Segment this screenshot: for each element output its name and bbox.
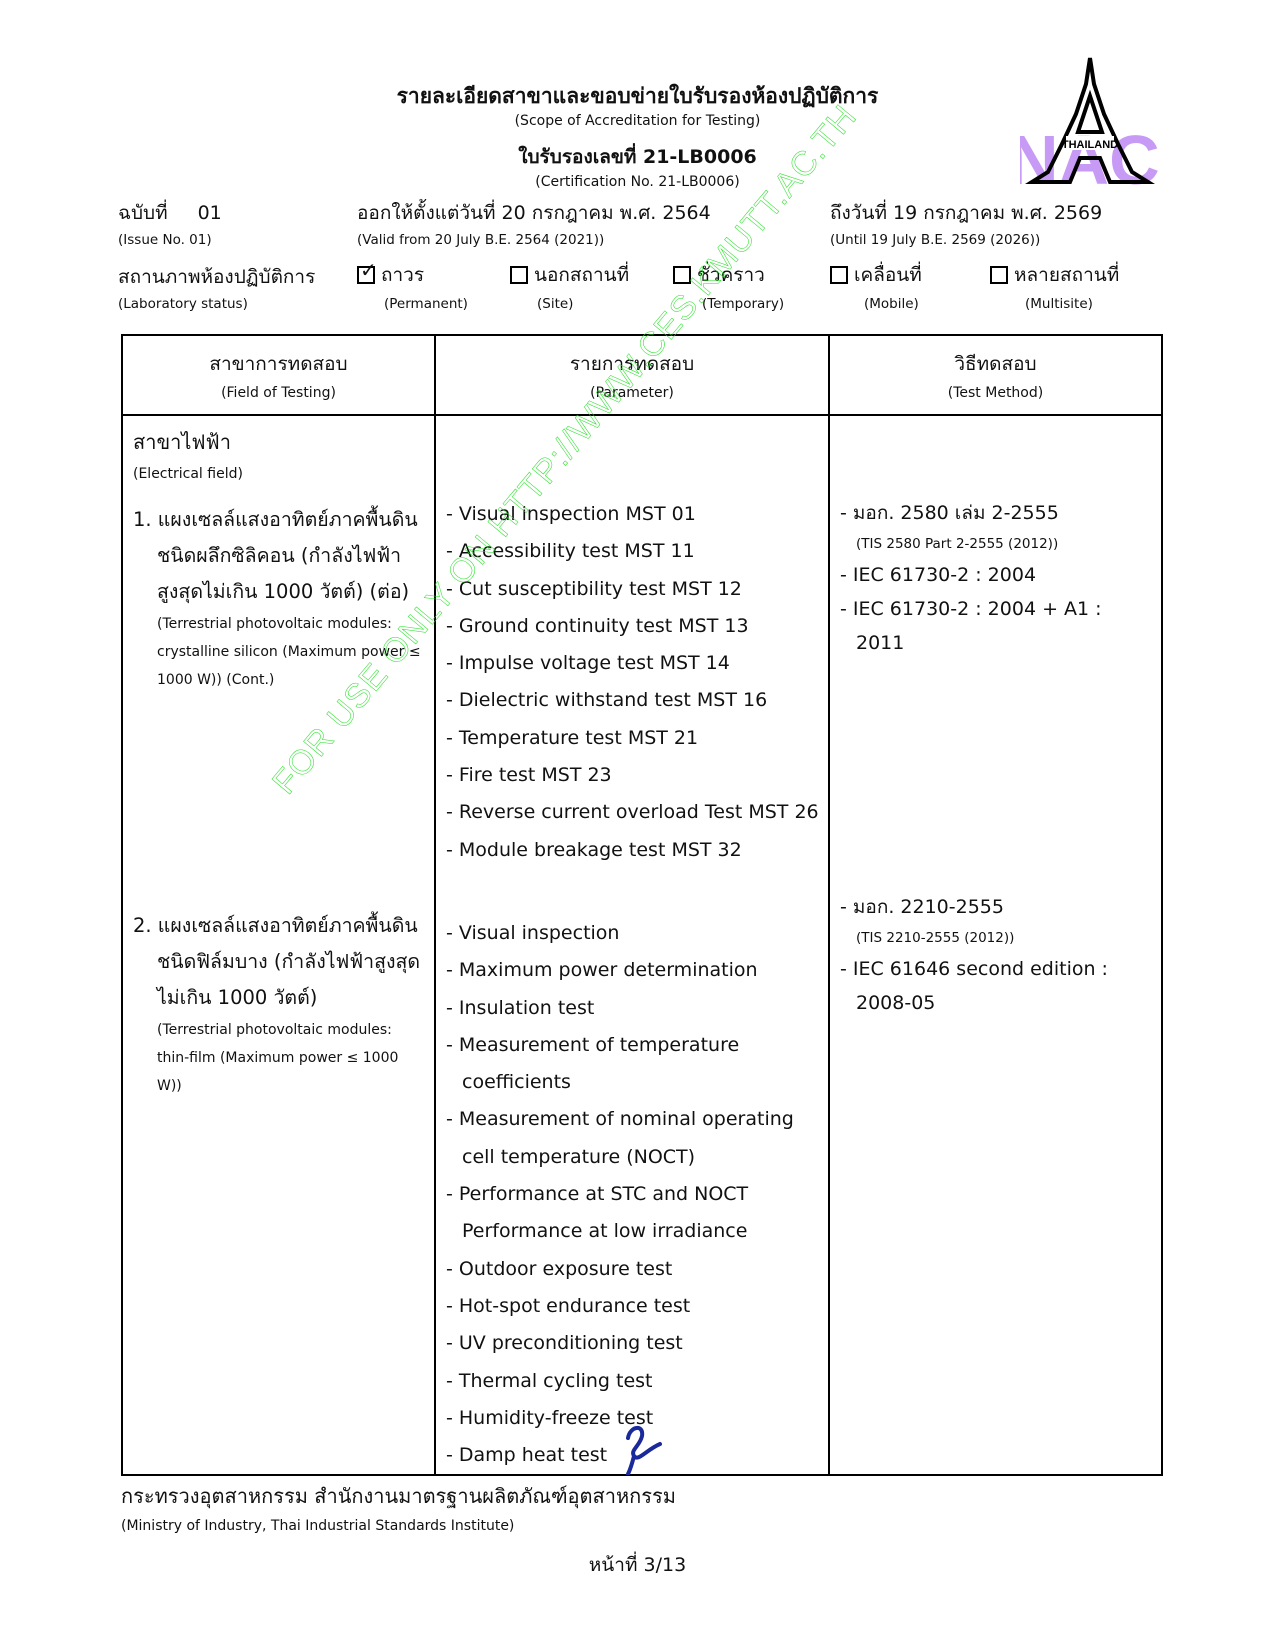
issue-label-en: (Issue No. 01) (118, 232, 212, 248)
method-item-en: (TIS 2210-2555 (2012)) (840, 924, 1155, 952)
group-2-parameters: - Visual inspection- Maximum power deter… (446, 915, 822, 1474)
group-1-title-en: (Terrestrial photovoltaic modules: cryst… (133, 610, 424, 694)
parameter-item: - Outdoor exposure test (446, 1251, 822, 1288)
parameter-item: - Ground continuity test MST 13 (446, 608, 822, 645)
parameter-item: - Impulse voltage test MST 14 (446, 645, 822, 682)
group-2-title-en: (Terrestrial photovoltaic modules: thin-… (133, 1016, 424, 1100)
status-mobile[interactable]: เคลื่อนที่ (830, 260, 922, 290)
parameter-item: - UV preconditioning test (446, 1325, 822, 1362)
method-item-en: (TIS 2580 Part 2-2555 (2012)) (840, 530, 1155, 558)
status-permanent[interactable]: ✓ถาวร (357, 260, 424, 290)
field-name: สาขาไฟฟ้า (133, 426, 424, 458)
column-header-field: สาขาการทดสอบ (Field of Testing) (122, 335, 435, 415)
table-header-row: สาขาการทดสอบ (Field of Testing) รายการทด… (122, 335, 1162, 415)
parameter-cell: - Visual inspection MST 01- Accessibilit… (435, 415, 829, 1475)
parameter-item: - Cut susceptibility test MST 12 (446, 571, 822, 608)
parameter-item: - Fire test MST 23 (446, 757, 822, 794)
column-header-parameter: รายการทดสอบ (Parameter) (435, 335, 829, 415)
page-number: หน้าที่ 3/13 (0, 1550, 1275, 1580)
scope-table: สาขาการทดสอบ (Field of Testing) รายการทด… (121, 334, 1163, 1476)
parameter-item: - Temperature test MST 21 (446, 720, 822, 757)
valid-from: ออกให้ตั้งแต่วันที่ 20 กรกฎาคม พ.ศ. 2564 (357, 198, 711, 228)
issue-label: ฉบับที่01 (118, 198, 222, 228)
valid-until: ถึงวันที่ 19 กรกฎาคม พ.ศ. 2569 (830, 198, 1102, 228)
checkbox-icon[interactable] (830, 266, 848, 284)
parameter-item: - Dielectric withstand test MST 16 (446, 682, 822, 719)
group-1-methods: - มอก. 2580 เล่ม 2-2555(TIS 2580 Part 2-… (840, 496, 1155, 660)
status-temporary-en: (Temporary) (702, 296, 784, 312)
parameter-item: - Accessibility test MST 11 (446, 533, 822, 570)
group-2-title: 2. แผงเซลล์แสงอาทิตย์ภาคพื้นดิน ชนิดฟิล์… (133, 908, 424, 1016)
checkbox-icon[interactable] (990, 266, 1008, 284)
checkbox-checked-icon[interactable]: ✓ (357, 266, 375, 284)
status-multisite-en: (Multisite) (1025, 296, 1093, 312)
lab-status-label: สถานภาพห้องปฏิบัติการ (118, 262, 315, 292)
method-item: - IEC 61730-2 : 2004 (840, 558, 1155, 592)
field-cell: สาขาไฟฟ้า (Electrical field) 1. แผงเซลล์… (122, 415, 435, 1475)
parameter-item: - Insulation test (446, 990, 822, 1027)
table-row: สาขาไฟฟ้า (Electrical field) 1. แผงเซลล์… (122, 415, 1162, 1475)
parameter-item: - Measurement of temperature coefficient… (446, 1027, 822, 1102)
status-temporary[interactable]: ชั่วคราว (673, 260, 765, 290)
status-multisite[interactable]: หลายสถานที่ (990, 260, 1119, 290)
signature-icon (620, 1420, 670, 1475)
nac-thailand-logo-icon: NAC THAILAND (1020, 54, 1160, 189)
footer-organization: กระทรวงอุตสาหกรรม สำนักงานมาตรฐานผลิตภัณ… (121, 1480, 676, 1512)
method-cell: - มอก. 2580 เล่ม 2-2555(TIS 2580 Part 2-… (829, 415, 1162, 1475)
status-permanent-en: (Permanent) (384, 296, 468, 312)
valid-until-en: (Until 19 July B.E. 2569 (2026)) (830, 232, 1040, 248)
status-site[interactable]: นอกสถานที่ (510, 260, 629, 290)
field-name-en: (Electrical field) (133, 466, 424, 482)
checkbox-icon[interactable] (673, 266, 691, 284)
status-site-en: (Site) (537, 296, 573, 312)
method-item: - มอก. 2580 เล่ม 2-2555 (840, 496, 1155, 530)
parameter-item: - Hot-spot endurance test (446, 1288, 822, 1325)
method-item: - IEC 61646 second edition : 2008-05 (840, 952, 1155, 1020)
footer-organization-en: (Ministry of Industry, Thai Industrial S… (121, 1518, 514, 1534)
parameter-item: - Maximum power determination (446, 952, 822, 989)
valid-from-en: (Valid from 20 July B.E. 2564 (2021)) (357, 232, 604, 248)
column-header-method: วิธีทดสอบ (Test Method) (829, 335, 1162, 415)
status-mobile-en: (Mobile) (864, 296, 919, 312)
method-item: - มอก. 2210-2555 (840, 890, 1155, 924)
svg-text:THAILAND: THAILAND (1062, 139, 1118, 151)
group-1-title: 1. แผงเซลล์แสงอาทิตย์ภาคพื้นดิน ชนิดผลึก… (133, 502, 424, 610)
parameter-item: - Measurement of nominal operating cell … (446, 1101, 822, 1176)
checkbox-icon[interactable] (510, 266, 528, 284)
group-2-methods: - มอก. 2210-2555(TIS 2210-2555 (2012))- … (840, 890, 1155, 1020)
parameter-item: - Reverse current overload Test MST 26 (446, 794, 822, 831)
lab-status-label-en: (Laboratory status) (118, 296, 248, 312)
parameter-item: - Thermal cycling test (446, 1363, 822, 1400)
parameter-item: - Performance at STC and NOCT Performanc… (446, 1176, 822, 1251)
parameter-item: - Visual inspection MST 01 (446, 496, 822, 533)
parameter-item: - Visual inspection (446, 915, 822, 952)
group-1-parameters: - Visual inspection MST 01- Accessibilit… (446, 496, 822, 869)
method-item: - IEC 61730-2 : 2004 + A1 : 2011 (840, 592, 1155, 660)
parameter-item: - Module breakage test MST 32 (446, 832, 822, 869)
